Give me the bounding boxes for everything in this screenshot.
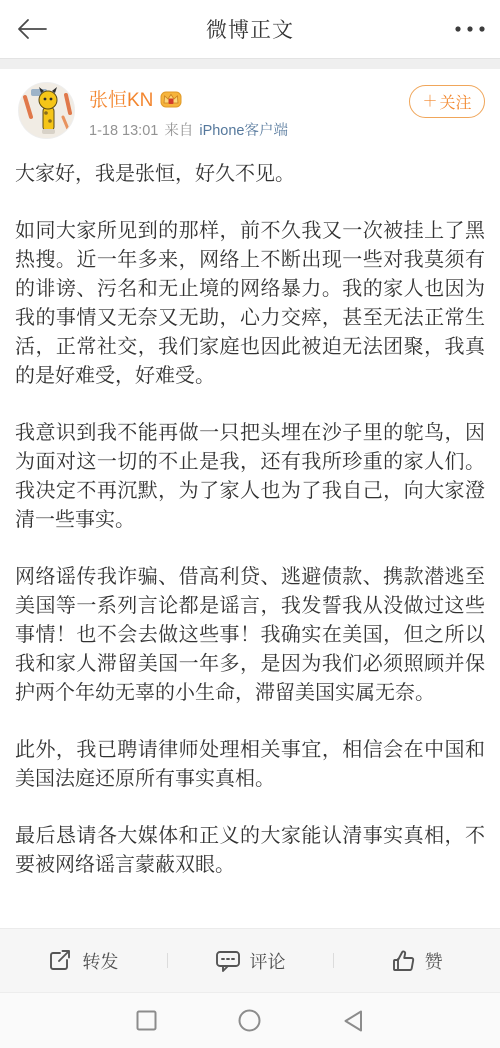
back-button[interactable] xyxy=(12,9,52,49)
source-prefix: 来自 xyxy=(164,119,193,140)
home-button[interactable] xyxy=(228,999,272,1043)
post-header: 张恒KN 1-18 13:01 来自 iPhone客户端 xyxy=(0,69,500,140)
author-block: 张恒KN 1-18 13:01 来自 iPhone客户端 xyxy=(89,82,409,140)
more-dots-icon xyxy=(454,25,486,33)
comment-icon xyxy=(215,948,241,973)
repost-icon xyxy=(48,948,73,973)
post-body: 大家好，我是张恒，好久不见。 如同大家所见到的那样，前不久我又一次被挂上了黑热搜… xyxy=(0,140,500,880)
recents-square-icon xyxy=(136,1010,157,1031)
home-circle-icon xyxy=(238,1009,261,1032)
android-nav-bar xyxy=(0,992,500,1048)
post-content-area: 张恒KN 1-18 13:01 来自 iPhone客户端 xyxy=(0,69,500,928)
paragraph: 网络谣传我诈骗、借高利贷、逃避债款、携款潜逃至美国等一系列言论都是谣言，我发誓我… xyxy=(15,563,485,708)
follow-button[interactable]: ＋ 关注 xyxy=(409,85,485,118)
back-arrow-icon xyxy=(17,18,47,40)
comment-button[interactable]: 评论 xyxy=(167,929,334,992)
author-name[interactable]: 张恒KN xyxy=(89,85,153,112)
source-link[interactable]: iPhone客户端 xyxy=(199,119,288,140)
like-button[interactable]: 赞 xyxy=(333,929,500,992)
avatar[interactable] xyxy=(18,82,75,139)
follow-label: 关注 xyxy=(440,90,472,113)
comment-label: 评论 xyxy=(250,948,286,974)
paragraph: 如同大家所见到的那样，前不久我又一次被挂上了黑热搜。近一年多来，网络上不断出现一… xyxy=(15,217,485,391)
paragraph: 我意识到我不能再做一只把头埋在沙子里的鸵鸟，因为面对这一切的不止是我，还有我所珍… xyxy=(15,419,485,535)
back-triangle-icon xyxy=(342,1009,364,1033)
paragraph: 最后恳请各大媒体和正义的大家能认清事实真相，不要被网络谣言蒙蔽双眼。 xyxy=(15,822,485,880)
paragraph: 此外，我已聘请律师处理相关事宜，相信会在中国和美国法庭还原所有事实真相。 xyxy=(15,736,485,794)
repost-label: 转发 xyxy=(82,948,118,974)
like-thumbs-up-icon xyxy=(391,948,416,973)
page-title: 微博正文 xyxy=(0,14,500,44)
weibo-post-screen: 微博正文 xyxy=(0,0,500,1048)
more-menu-button[interactable] xyxy=(450,9,490,49)
author-line: 张恒KN xyxy=(89,85,409,112)
vip-crown-icon xyxy=(160,88,182,110)
post-action-bar: 转发 评论 赞 xyxy=(0,928,500,992)
like-label: 赞 xyxy=(425,948,443,974)
post-meta: 1-18 13:01 来自 iPhone客户端 xyxy=(89,119,409,140)
top-nav-bar: 微博正文 xyxy=(0,0,500,58)
plus-icon: ＋ xyxy=(422,94,437,109)
recents-button[interactable] xyxy=(125,999,169,1043)
header-separator xyxy=(0,58,500,69)
paragraph: 大家好，我是张恒，好久不见。 xyxy=(15,160,485,189)
repost-button[interactable]: 转发 xyxy=(0,929,167,992)
post-date: 1-18 13:01 xyxy=(89,123,158,139)
avatar-image xyxy=(19,83,75,139)
back-nav-button[interactable] xyxy=(331,999,375,1043)
